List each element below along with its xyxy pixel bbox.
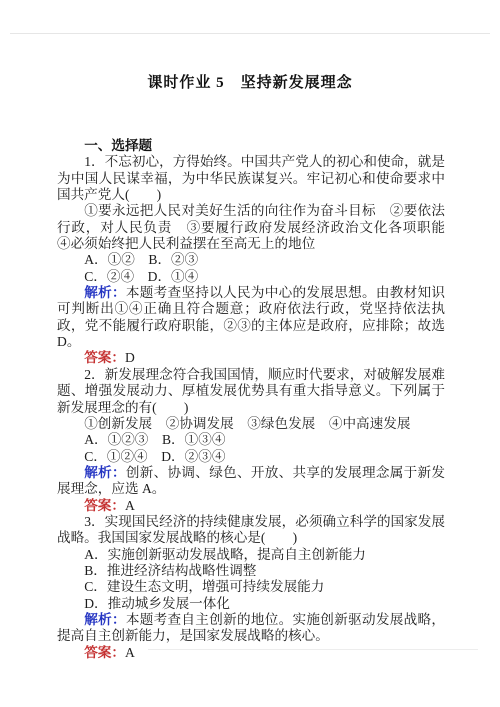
question-3-option-line: D．推动城乡发展一体化	[57, 596, 445, 612]
answer-value: A	[125, 645, 135, 660]
question-3-option-line: C．建设生态文明，增强可持续发展能力	[57, 579, 445, 595]
section-heading: 一、选择题	[57, 138, 445, 154]
scan-artifact-line	[148, 649, 478, 650]
page-title: 课时作业 5 坚持新发展理念	[0, 71, 500, 92]
question-1-items: ①要永远把人民对美好生活的向往作为奋斗目标 ②要依法行政，对人民负责 ③要履行政…	[57, 203, 445, 252]
question-2-stem: 2．新发展理念符合我国国情，顺应时代要求，对破解发展难题、增强发展动力、厚植发展…	[57, 367, 445, 416]
answer-label: 答案：	[84, 498, 125, 513]
analysis-label: 解析：	[84, 612, 126, 627]
question-3-option-line: A．实施创新驱动发展战略，提高自主创新能力	[57, 547, 445, 563]
top-divider	[10, 33, 490, 34]
question-1-option-line: A．①② B．②③	[57, 252, 445, 268]
document-content: 一、选择题 1．不忘初心，方得始终。中国共产党人的初心和使命，就是为中国人民谋幸…	[57, 138, 445, 661]
question-3-answer: 答案：A	[57, 645, 445, 661]
answer-value: D	[125, 350, 135, 365]
question-3-analysis: 解析：本题考查自主创新的地位。实施创新驱动发展战略，提高自主创新能力，是国家发展…	[57, 612, 445, 645]
question-2-items: ①创新发展 ②协调发展 ③绿色发展 ④中高速发展	[57, 416, 445, 432]
document-page: 课时作业 5 坚持新发展理念 一、选择题 1．不忘初心，方得始终。中国共产党人的…	[0, 0, 500, 707]
question-1-stem: 1．不忘初心，方得始终。中国共产党人的初心和使命，就是为中国人民谋幸福，为中华民…	[57, 154, 445, 203]
question-1-analysis: 解析：本题考查坚持以人民为中心的发展思想。由教材知识可判断出①④正确且符合题意；…	[57, 285, 445, 350]
question-2-answer: 答案：A	[57, 498, 445, 514]
analysis-label: 解析：	[84, 285, 126, 300]
question-1-option-line: C．②④ D．①④	[57, 269, 445, 285]
question-2-option-line: A．①②③ B．①③④	[57, 432, 445, 448]
question-1-answer: 答案：D	[57, 350, 445, 366]
answer-value: A	[125, 498, 135, 513]
question-3-stem: 3．实现国民经济的持续健康发展，必须确立科学的国家发展战略。我国国家发展战略的核…	[57, 514, 445, 547]
question-3-option-line: B．推进经济结构战略性调整	[57, 563, 445, 579]
question-2-option-line: C．①②④ D．②③④	[57, 449, 445, 465]
question-2-analysis: 解析：创新、协调、绿色、开放、共享的发展理念属于新发展理念，应选 A。	[57, 465, 445, 498]
analysis-label: 解析：	[84, 465, 126, 480]
answer-label: 答案：	[84, 645, 125, 660]
answer-label: 答案：	[84, 350, 125, 365]
